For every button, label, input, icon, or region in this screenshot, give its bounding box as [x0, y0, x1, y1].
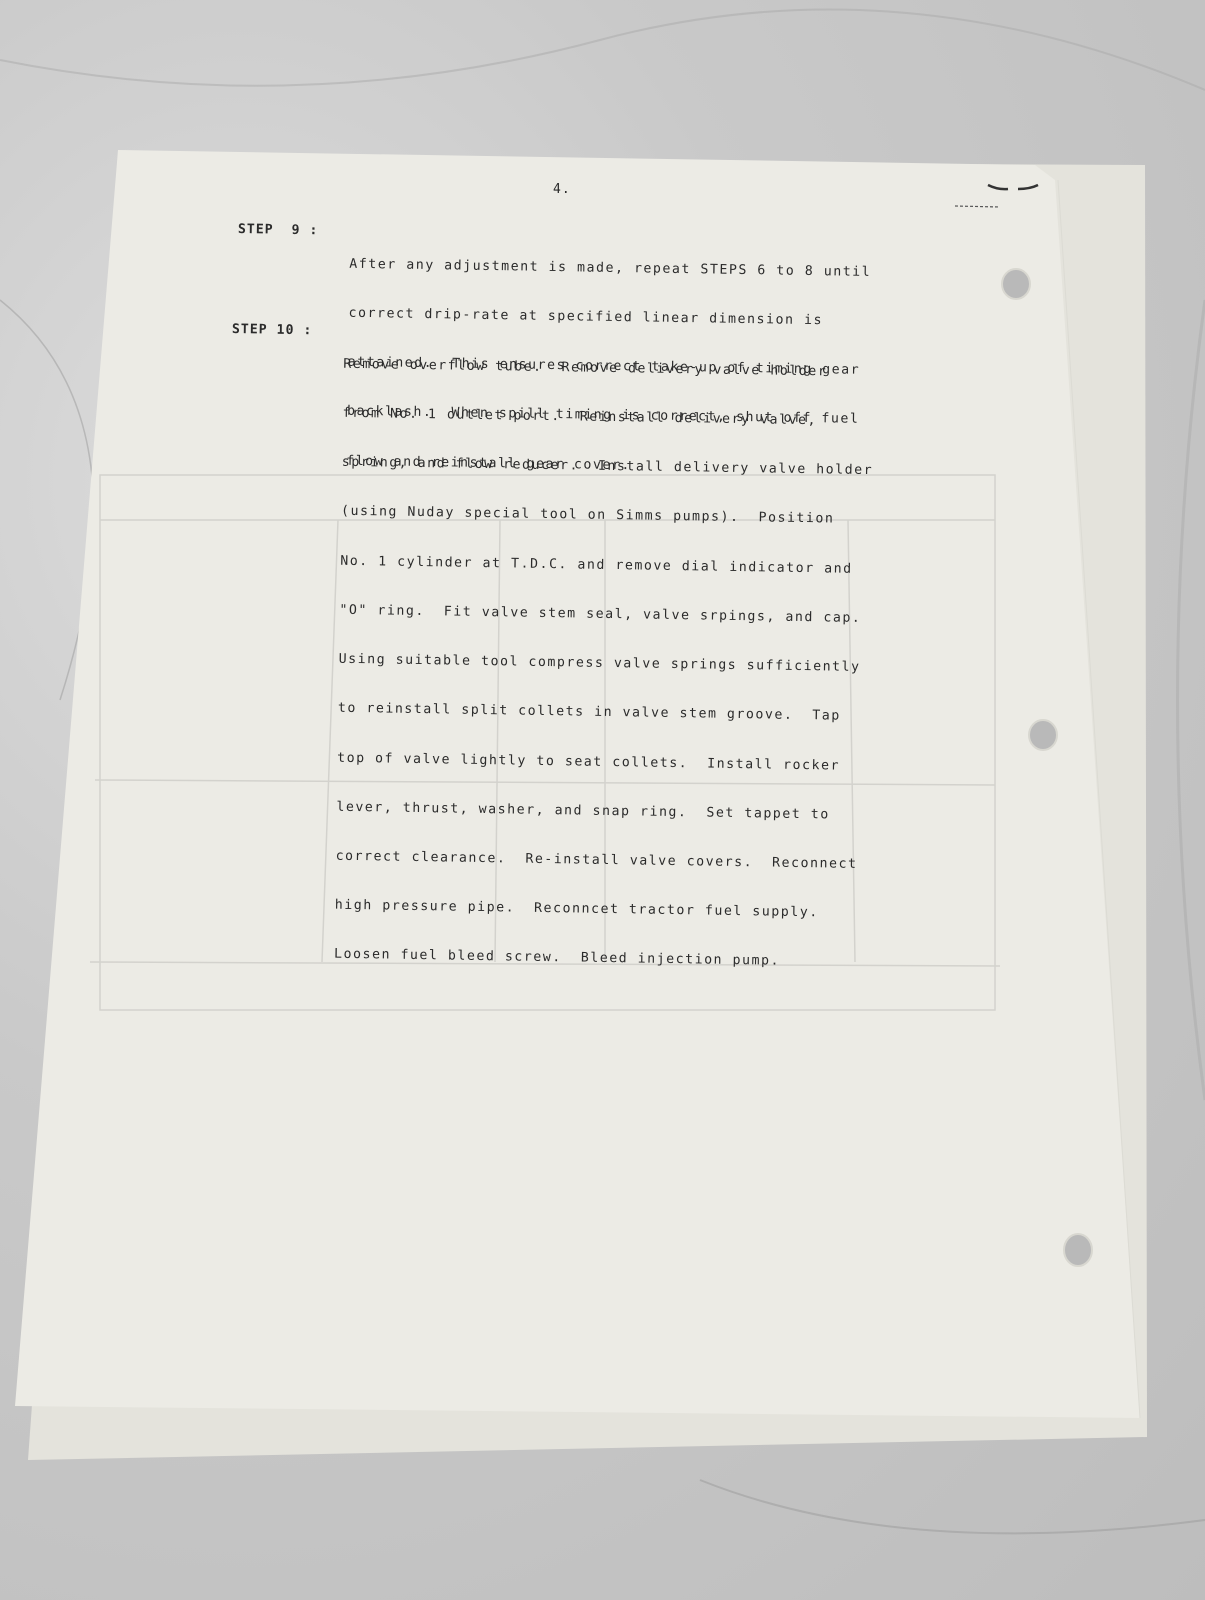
- step-line: from No. 1 outlet port. Reinstall delive…: [342, 406, 874, 431]
- step-10: STEP 10 : Remove overflow tube. Remove d…: [231, 322, 251, 372]
- step-line: "O" ring. Fit valve stem seal, valve srp…: [339, 603, 871, 628]
- page-number: 4.: [553, 182, 571, 197]
- step-body: Remove overflow tube. Remove delivery va…: [333, 324, 875, 1005]
- step-label: STEP 10 :: [232, 322, 313, 340]
- step-9: STEP 9 : After any adjustment is made, r…: [237, 222, 257, 272]
- step-line: (using Nuday special tool on Simms pumps…: [341, 504, 873, 529]
- step-line: correct clearance. Re-install valve cove…: [335, 849, 867, 874]
- step-line: No. 1 cylinder at T.D.C. and remove dial…: [340, 553, 872, 578]
- step-line: spring, and flow reducer. Install delive…: [342, 455, 874, 480]
- step-line: high pressure pipe. Reconncet tractor fu…: [335, 898, 867, 923]
- step-line: Loosen fuel bleed screw. Bleed injection…: [334, 947, 866, 972]
- step-line: top of valve lightly to seat collets. In…: [337, 750, 869, 775]
- step-line: to reinstall split collets in valve stem…: [338, 701, 870, 726]
- step-line: Remove overflow tube. Remove delivery va…: [343, 357, 875, 382]
- step-line: Using suitable tool compress valve sprin…: [339, 652, 871, 677]
- step-label: STEP 9 :: [238, 222, 319, 240]
- step-line: After any adjustment is made, repeat STE…: [349, 257, 871, 282]
- step-line: lever, thrust, washer, and snap ring. Se…: [336, 799, 868, 824]
